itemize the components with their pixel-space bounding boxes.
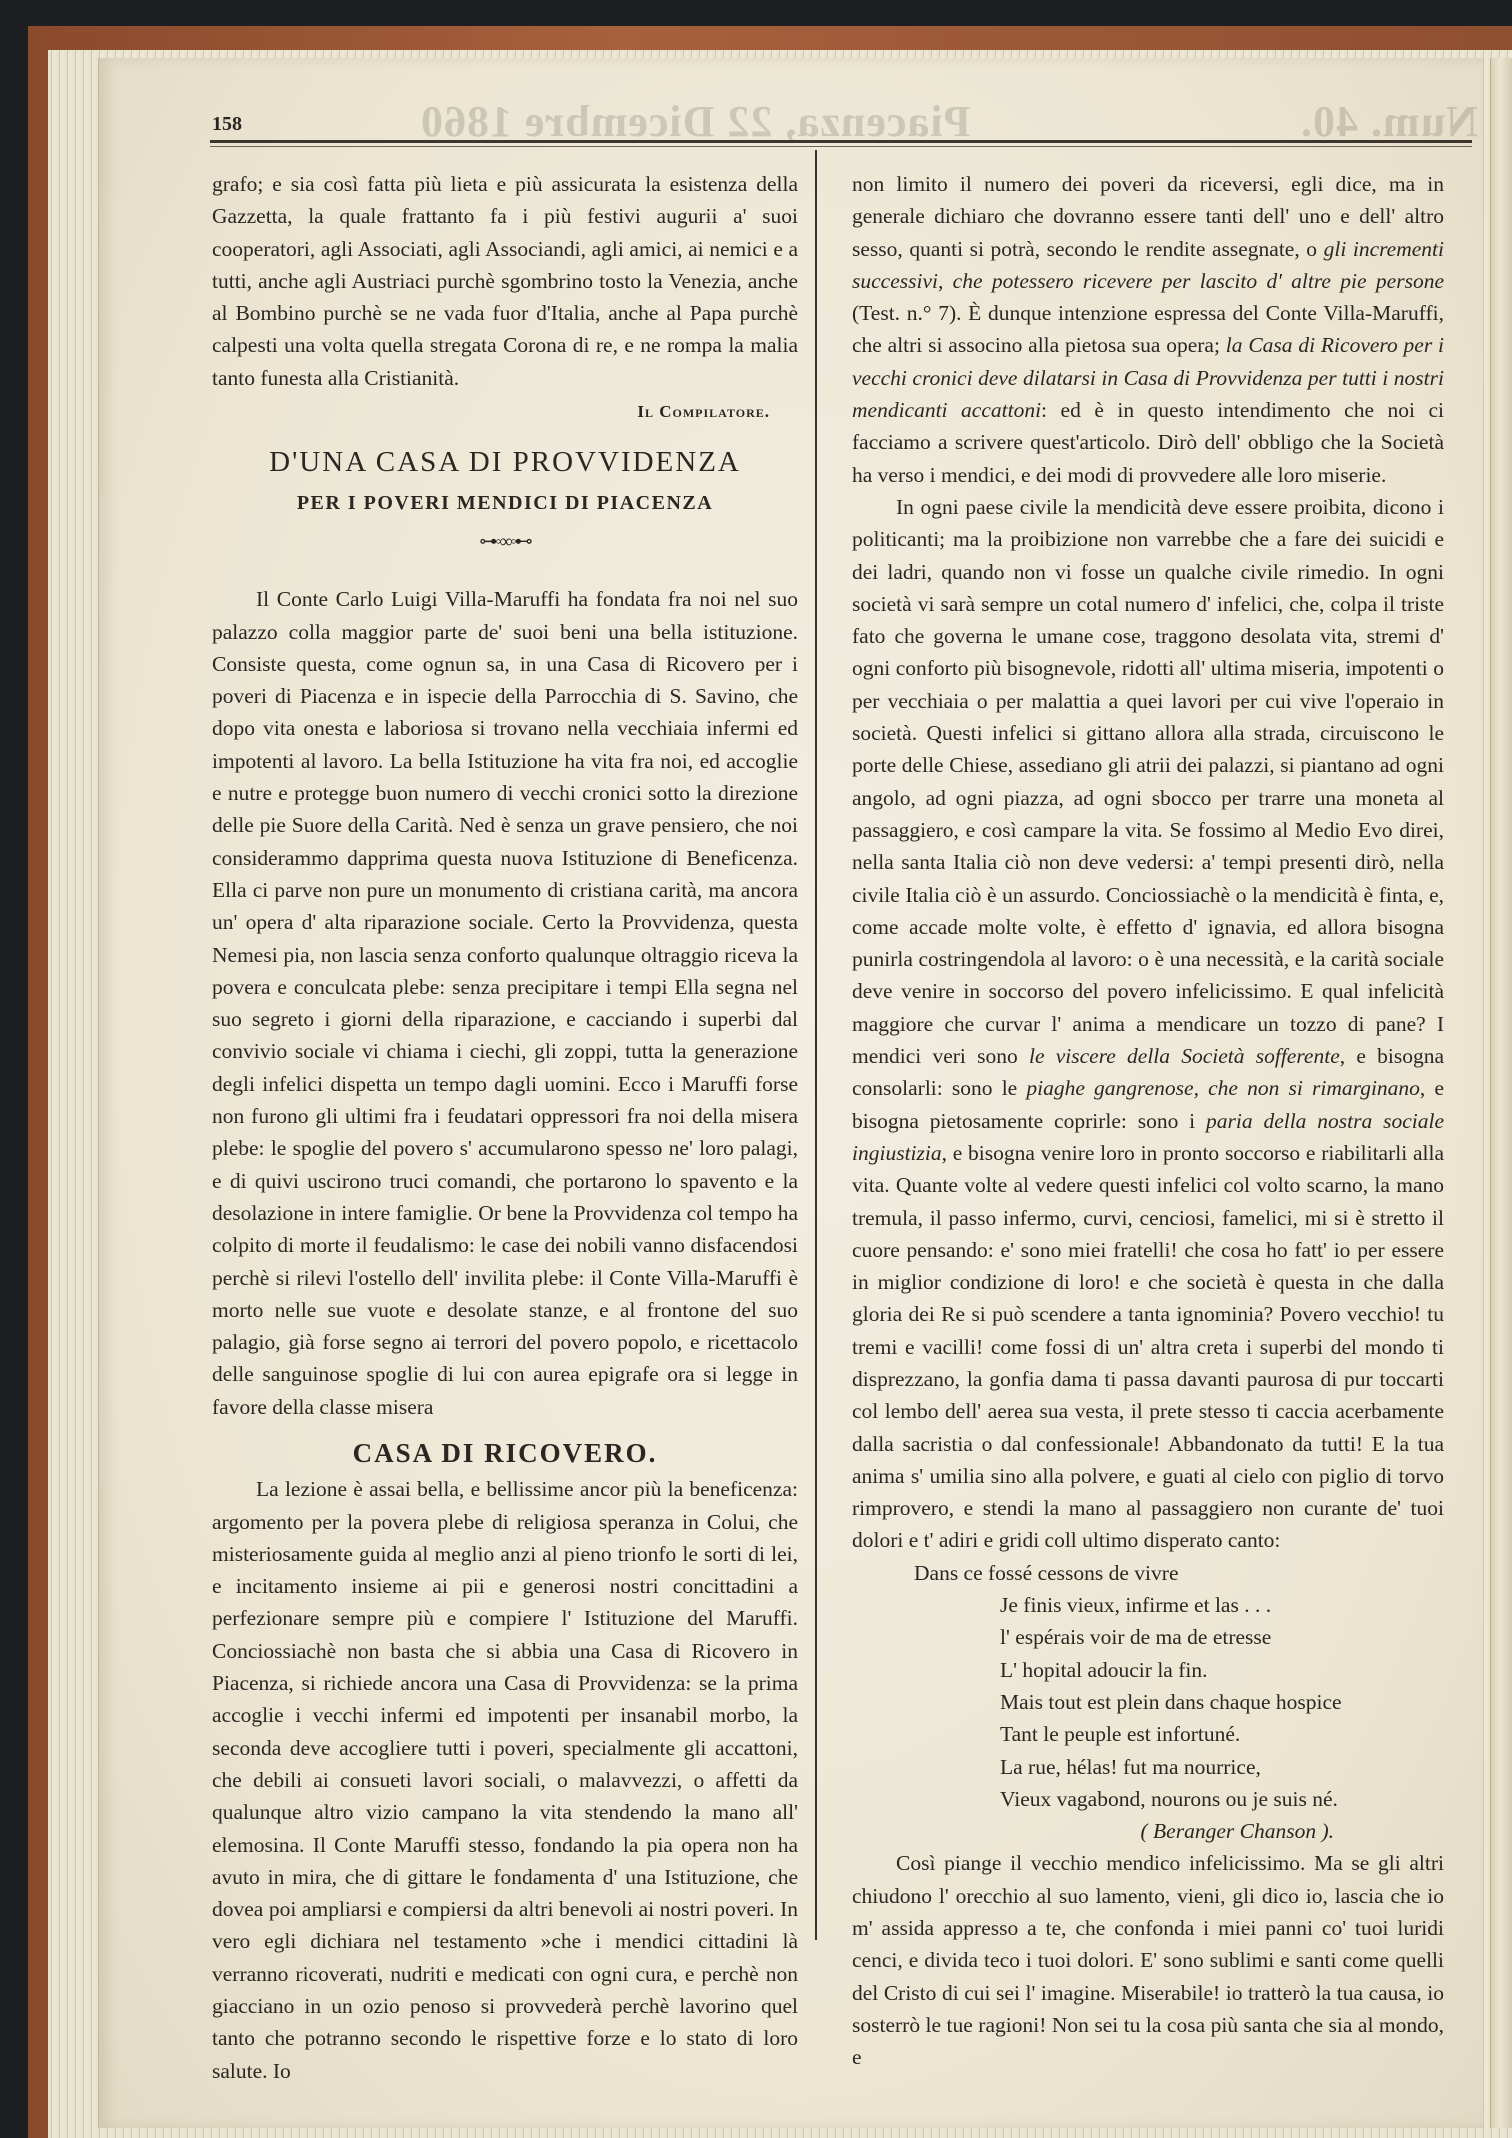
header-rule xyxy=(210,140,1472,143)
verse-citation: ( Beranger Chanson ). xyxy=(852,1815,1444,1847)
text-run: , e bisogna venire loro in pronto soccor… xyxy=(852,1141,1444,1553)
article-title: D'UNA CASA DI PROVVIDENZA xyxy=(212,446,798,478)
verse-line: Vieux vagabond, nourons ou je suis né. xyxy=(852,1783,1444,1815)
left-column: grafo; e sia così fatta più lieta e più … xyxy=(212,168,798,2087)
verse-line: l' espérais voir de ma de etresse xyxy=(852,1621,1444,1653)
verse-line: Mais tout est plein dans chaque hospice xyxy=(852,1686,1444,1718)
article-subtitle: PER I POVERI MENDICI DI PIACENZA xyxy=(212,487,798,519)
article-paragraph-2: La lezione è assai bella, e bellissime a… xyxy=(212,1473,798,2087)
article-paragraph-5: Così piange il vecchio mendico infelicis… xyxy=(852,1847,1444,2073)
text-run: In ogni paese civile la mendicità deve e… xyxy=(852,495,1444,1068)
verse-line: Je finis vieux, infirme et las . . . xyxy=(852,1589,1444,1621)
italic-phrase: le viscere della Società sofferente xyxy=(1029,1044,1340,1068)
verse-line: Dans ce fossé cessons de vivre xyxy=(852,1557,1444,1589)
right-column: non limito il numero dei poveri da ricev… xyxy=(852,168,1444,2074)
article-paragraph-3: non limito il numero dei poveri da ricev… xyxy=(852,168,1444,491)
section-title: CASA DI RICOVERO. xyxy=(212,1437,798,1469)
continued-paragraph: grafo; e sia così fatta più lieta e più … xyxy=(212,168,798,394)
ornament-divider: ⊶◦∞◦⊷ xyxy=(212,525,798,557)
page-number: 158 xyxy=(212,113,242,136)
signature: Il Compilatore. xyxy=(212,396,798,428)
article-paragraph-4: In ogni paese civile la mendicità deve e… xyxy=(852,491,1444,1557)
right-page-edge xyxy=(1490,58,1512,2128)
verse-line: Tant le peuple est infortuné. xyxy=(852,1718,1444,1750)
italic-phrase: piaghe gangrenose, che non si rimarginan… xyxy=(1026,1076,1420,1100)
article-paragraph-1: Il Conte Carlo Luigi Villa-Maruffi ha fo… xyxy=(212,583,798,1423)
verse-line: La rue, hélas! fut ma nourrice, xyxy=(852,1751,1444,1783)
header-rule-thin xyxy=(210,146,1472,147)
column-divider xyxy=(815,150,817,1940)
verse-line: L' hopital adoucir la fin. xyxy=(852,1654,1444,1686)
